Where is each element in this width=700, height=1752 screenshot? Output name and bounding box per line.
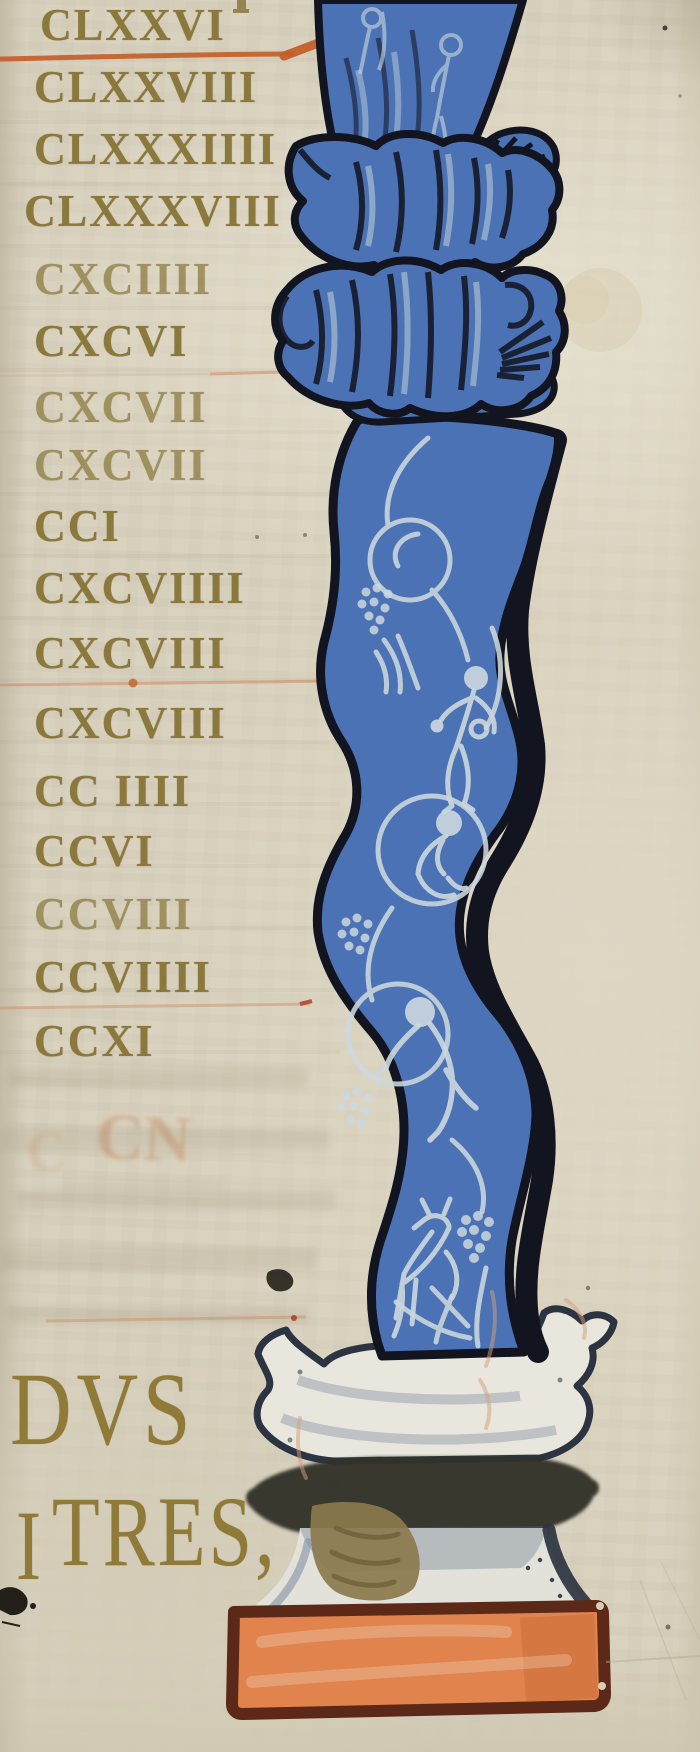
plinth-nub <box>596 1602 604 1610</box>
ink-spot <box>266 1269 293 1291</box>
ruling-line-blot <box>129 679 138 688</box>
capital-acanthus-upper <box>289 134 560 274</box>
plinth <box>232 1602 606 1714</box>
ruling-line <box>0 54 294 59</box>
ruling-line <box>0 681 332 685</box>
illuminated-column-artwork <box>0 0 700 1752</box>
ruling-line-tick <box>291 1315 297 1321</box>
ruling-line-tick <box>300 1001 312 1004</box>
ruling-line <box>0 1004 310 1008</box>
parchment-stain <box>558 268 642 352</box>
cut-letter-fragment-top <box>233 0 249 13</box>
plinth-nub <box>598 1682 606 1690</box>
ruling-line <box>0 374 210 376</box>
manuscript-page: CLXXVI CLXXVIII CLXXXIIII CLXXXVIII CXCI… <box>0 0 700 1752</box>
capital-acanthus-lower <box>275 260 565 416</box>
parchment-creases <box>606 1560 700 1700</box>
ink-blot <box>0 1587 36 1626</box>
column-base <box>232 1309 614 1714</box>
